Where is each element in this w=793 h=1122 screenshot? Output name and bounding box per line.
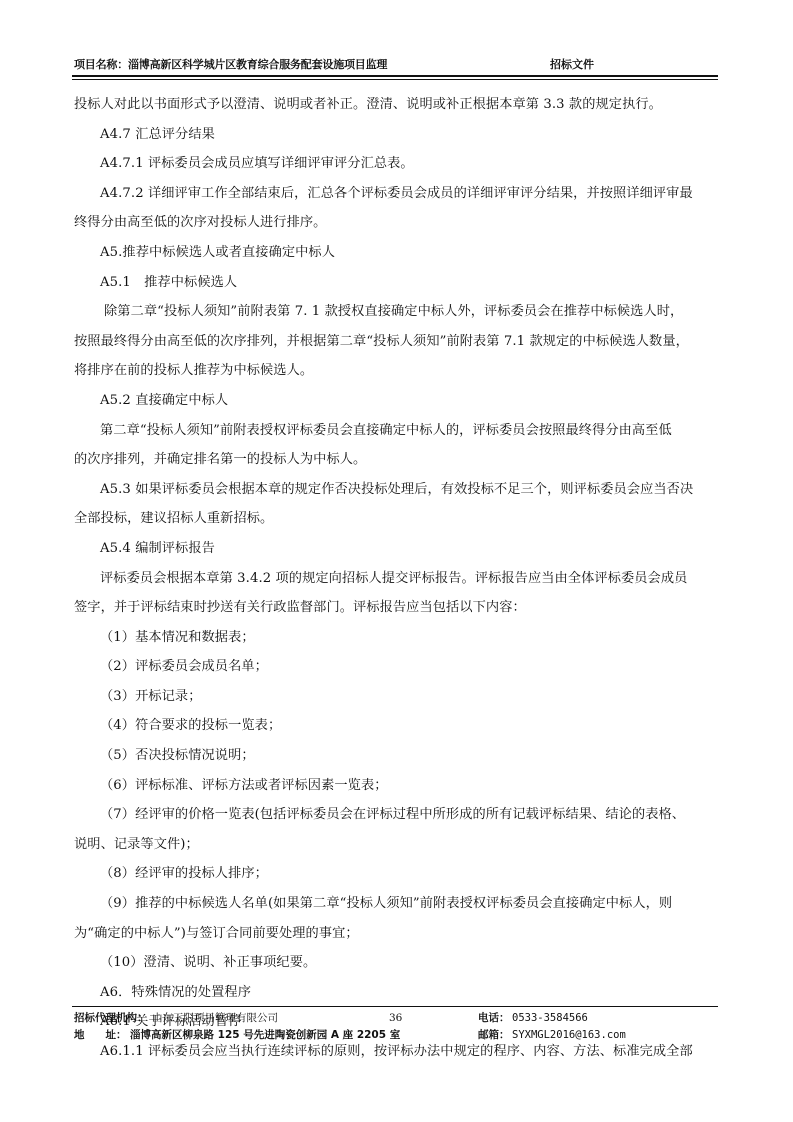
list-item: （3）开标记录； — [74, 682, 722, 712]
paragraph-line: 第二章“投标人须知”前附表授权评标委员会直接确定中标人的，评标委员会按照最终得分… — [74, 416, 722, 446]
list-item: （10）澄清、说明、补正事项纪要。 — [74, 948, 722, 978]
section-heading-a6: A6．特殊情况的处置程序 — [74, 978, 722, 1008]
phone-label: 电话： — [478, 1010, 510, 1026]
project-name: 项目名称：淄博高新区科学城片区教育综合服务配套设施项目监理 — [74, 56, 387, 72]
list-item: （6）评标标准、评标方法或者评标因素一览表； — [74, 771, 722, 801]
list-item: （9）推荐的中标候选人名单(如果第二章“投标人须知”前附表授权评标委员会直接确定… — [74, 889, 722, 919]
page-number: 36 — [389, 1010, 402, 1026]
header-rule-thick — [72, 75, 718, 77]
paragraph-line: A4.7.2 详细评审工作全部结束后，汇总各个评标委员会成员的详细评审评分结果，… — [74, 179, 722, 209]
page-footer: 招标代理机构： 山东三阳项目管理有限公司 36 电话： 0533-3584566… — [74, 1010, 720, 1046]
paragraph-line: 按照最终得分由高至低的次序排列，并根据第二章“投标人须知”前附表第 7.1 款规… — [74, 327, 722, 357]
footer-rule — [72, 1006, 718, 1007]
email-address: SYXMGL2016@163.com — [512, 1027, 626, 1043]
list-item: （5）否决投标情况说明； — [74, 741, 722, 771]
agency-label: 招标代理机构： — [74, 1010, 148, 1026]
document-page: 项目名称：淄博高新区科学城片区教育综合服务配套设施项目监理 招标文件 投标人对此… — [0, 0, 793, 1122]
phone-number: 0533-3584566 — [512, 1010, 588, 1026]
section-heading-a5-2: A5.2 直接确定中标人 — [74, 386, 722, 416]
paragraph-line: 终得分由高至低的次序对投标人进行排序。 — [74, 208, 722, 238]
address: 淄博高新区柳泉路 125 号先进陶瓷创新园 A 座 2205 室 — [130, 1027, 400, 1043]
page-header: 项目名称：淄博高新区科学城片区教育综合服务配套设施项目监理 招标文件 — [74, 56, 718, 72]
paragraph-line: 全部投标，建议招标人重新招标。 — [74, 504, 722, 534]
section-heading-a5-1: A5.1 推荐中标候选人 — [74, 268, 722, 298]
paragraph-line: 将排序在前的投标人推荐为中标候选人。 — [74, 356, 722, 386]
list-item: （4）符合要求的投标一览表； — [74, 711, 722, 741]
paragraph-line: 投标人对此以书面形式予以澄清、说明或者补正。澄清、说明或补正根据本章第 3.3 … — [74, 90, 722, 120]
address-label: 地 址： — [74, 1027, 127, 1043]
list-item: （8）经评审的投标人排序； — [74, 859, 722, 889]
email-label: 邮箱： — [478, 1027, 510, 1043]
document-type: 招标文件 — [550, 56, 594, 72]
section-heading-a5: A5.推荐中标候选人或者直接确定中标人 — [74, 238, 722, 268]
paragraph-line: 除第二章“投标人须知”前附表第 7. 1 款授权直接确定中标人外，评标委员会在推… — [74, 297, 722, 327]
paragraph-line: 签字，并于评标结束时抄送有关行政监督部门。评标报告应当包括以下内容： — [74, 593, 722, 623]
list-item: （7）经评审的价格一览表(包括评标委员会在评标过程中所形成的所有记载评标结果、结… — [74, 800, 722, 830]
section-heading-a4-7: A4.7 汇总评分结果 — [74, 120, 722, 150]
paragraph-line: 评标委员会根据本章第 3.4.2 项的规定向招标人提交评标报告。评标报告应当由全… — [74, 564, 722, 594]
section-heading-a5-4: A5.4 编制评标报告 — [74, 534, 722, 564]
list-item-continuation: 说明、记录等文件)； — [74, 830, 722, 860]
body-text: 投标人对此以书面形式予以澄清、说明或者补正。澄清、说明或补正根据本章第 3.3 … — [74, 90, 722, 1067]
agency-name: 山东三阳项目管理有限公司 — [152, 1010, 278, 1026]
list-item: （2）评标委员会成员名单； — [74, 652, 722, 682]
header-rule-thin — [72, 79, 718, 80]
list-item-continuation: 为“确定的中标人”)与签订合同前要处理的事宜； — [74, 919, 722, 949]
paragraph-line: A4.7.1 评标委员会成员应填写详细评审评分汇总表。 — [74, 149, 722, 179]
list-item: （1）基本情况和数据表； — [74, 623, 722, 653]
paragraph-line: A5.3 如果评标委员会根据本章的规定作否决投标处理后，有效投标不足三个，则评标… — [74, 475, 722, 505]
paragraph-line: 的次序排列，并确定排名第一的投标人为中标人。 — [74, 445, 722, 475]
